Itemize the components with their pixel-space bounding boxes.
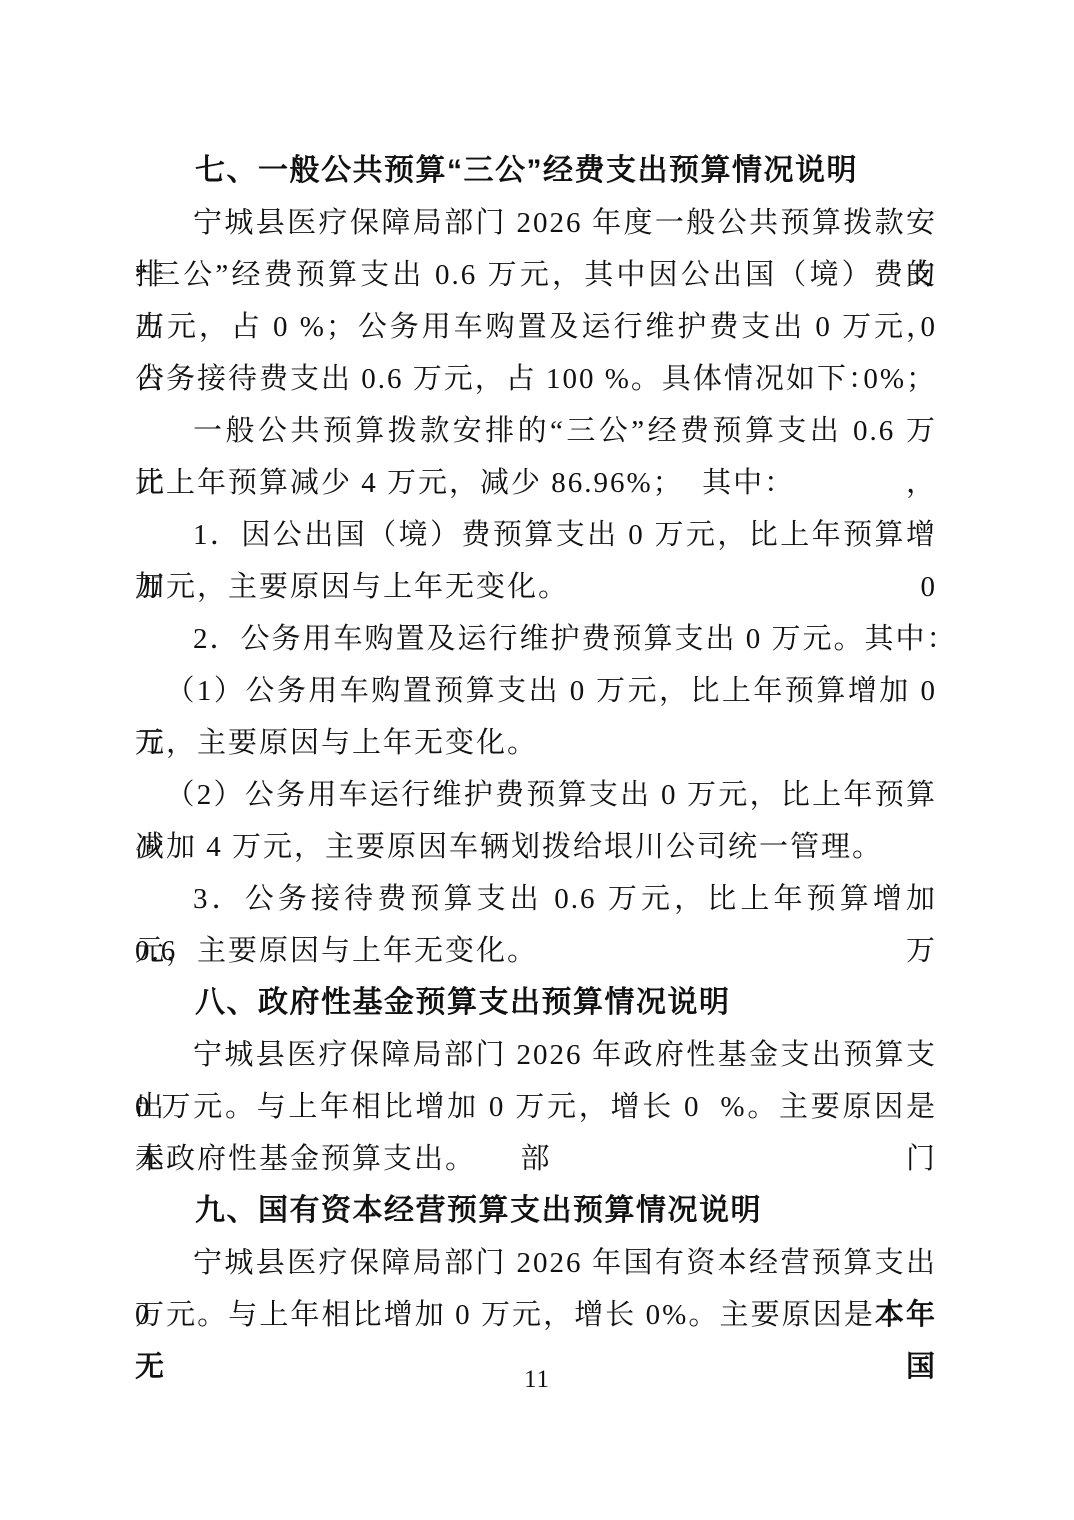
paragraph-line: 宁城县医疗保障局部门 2026 年度一般公共预算拨款安排的 (135, 197, 937, 249)
paragraph-line: 1．因公出国（境）费预算支出 0 万元，比上年预算增加 0 (135, 509, 937, 561)
paragraph-line: “三公”经费预算支出 0.6 万元，其中因公出国（境）费支出 0 (135, 249, 937, 301)
document-body: 七、一般公共预算“三公”经费支出预算情况说明 宁城县医疗保障局部门 2026 年… (135, 145, 937, 1341)
paragraph-line: 一般公共预算拨款安排的“三公”经费预算支出 0.6 万元， (135, 405, 937, 457)
page-number: 11 (0, 1366, 1074, 1394)
paragraph-line-text: 万元。与上年相比增加 0 万元，增长 0%。主要原因是 (135, 1299, 875, 1331)
section-heading-8: 八、政府性基金预算支出预算情况说明 (135, 977, 937, 1029)
paragraph-line: 少加 4 万元，主要原因车辆划拨给垠川公司统一管理。 (135, 821, 937, 873)
section-heading-7: 七、一般公共预算“三公”经费支出预算情况说明 (135, 145, 937, 197)
paragraph-line: 宁城县医疗保障局部门 2026 年国有资本经营预算支出 0 (135, 1237, 937, 1289)
paragraph-line: 2．公务用车购置及运行维护费预算支出 0 万元。其中： (135, 613, 937, 665)
paragraph-line: 元，主要原因与上年无变化。 (135, 717, 937, 769)
paragraph-line: 宁城县医疗保障局部门 2026 年政府性基金支出预算支出 (135, 1029, 937, 1081)
paragraph-line: （1）公务用车购置预算支出 0 万元，比上年预算增加 0 万 (135, 665, 937, 717)
paragraph-line: 公务接待费支出 0.6 万元，占 100 %。具体情况如下： (135, 353, 937, 405)
section-heading-9: 九、国有资本经营预算支出预算情况说明 (135, 1185, 937, 1237)
paragraph-line: 0 万元。与上年相比增加 0 万元，增长 0 %。主要原因是本部门 (135, 1081, 937, 1133)
paragraph-line: 3．公务接待费预算支出 0.6 万元，比上年预算增加 0.6 万 (135, 873, 937, 925)
paragraph-line: （2）公务用车运行维护费预算支出 0 万元，比上年预算减 (135, 769, 937, 821)
paragraph-line: 万元，占 0 %；公务用车购置及运行维护费支出 0 万元，占 0%； (135, 301, 937, 353)
document-page: 七、一般公共预算“三公”经费支出预算情况说明 宁城县医疗保障局部门 2026 年… (0, 0, 1074, 1520)
paragraph-line: 万元。与上年相比增加 0 万元，增长 0%。主要原因是本年无国 (135, 1289, 937, 1341)
